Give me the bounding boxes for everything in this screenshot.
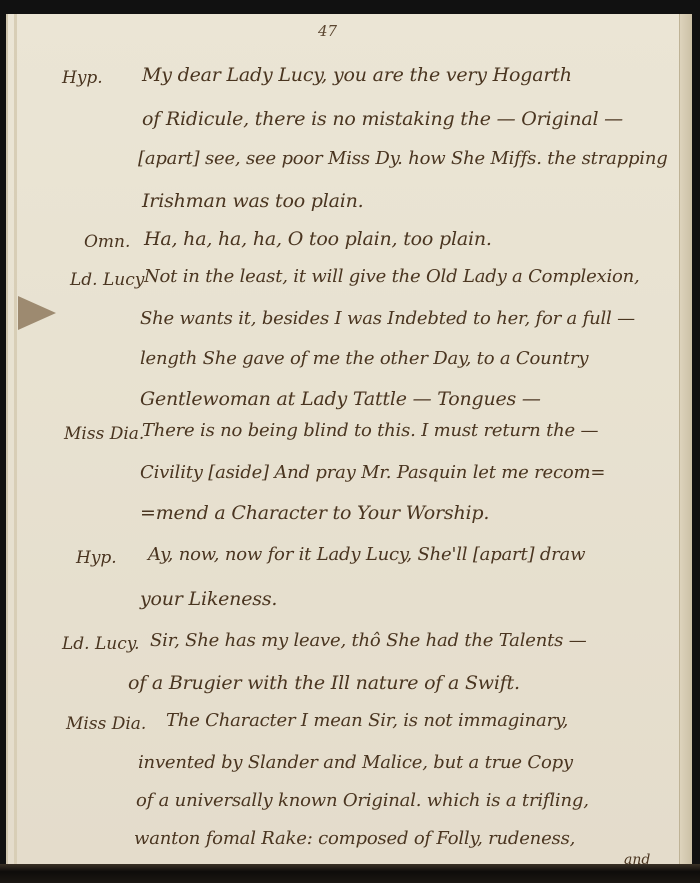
text-line: length She gave of me the other Day, to … bbox=[140, 348, 588, 369]
speaker-label: Ld. Lucy bbox=[70, 270, 144, 290]
speaker-label: Hyp. bbox=[76, 548, 117, 568]
text-line: of a Brugier with the Ill nature of a Sw… bbox=[128, 672, 520, 694]
text-line: of Ridicule, there is no mistaking the —… bbox=[142, 108, 623, 130]
text-line: wanton fomal Rake: composed of Folly, ru… bbox=[134, 828, 575, 849]
text-line: The Character I mean Sir, is not immagin… bbox=[166, 710, 568, 731]
catchword: and bbox=[624, 852, 650, 868]
text-line: Civility [aside] And pray Mr. Pasquin le… bbox=[140, 462, 605, 483]
text-line: Irishman was too plain. bbox=[142, 190, 364, 212]
folio-number: 47 bbox=[318, 22, 337, 40]
text-line: invented by Slander and Malice, but a tr… bbox=[138, 752, 573, 773]
ink-stain bbox=[18, 296, 56, 330]
text-line: She wants it, besides I was Indebted to … bbox=[140, 308, 635, 329]
speaker-label: Ld. Lucy. bbox=[62, 634, 140, 654]
speaker-label: Hyp. bbox=[62, 68, 103, 88]
page-bottom-edge bbox=[0, 864, 700, 883]
text-line: Ay, now, now for it Lady Lucy, She'll [a… bbox=[148, 544, 585, 565]
text-line: Not in the least, it will give the Old L… bbox=[144, 266, 640, 287]
text-line: =mend a Character to Your Worship. bbox=[140, 502, 489, 524]
text-line: your Likeness. bbox=[140, 588, 277, 610]
text-line: Gentlewoman at Lady Tattle — Tongues — bbox=[140, 388, 541, 410]
speaker-label: Miss Dia. bbox=[64, 424, 144, 444]
text-line: [apart] see, see poor Miss Dy. how She M… bbox=[138, 148, 668, 169]
text-line: of a universally known Original. which i… bbox=[136, 790, 589, 811]
text-line: There is no being blind to this. I must … bbox=[142, 420, 598, 441]
page-margin-rule bbox=[14, 14, 17, 864]
speaker-label: Miss Dia. bbox=[66, 714, 146, 734]
binding-gutter bbox=[679, 14, 692, 864]
text-line: Ha, ha, ha, ha, O too plain, too plain. bbox=[144, 228, 492, 250]
text-line: Sir, She has my leave, thô She had the … bbox=[150, 630, 587, 651]
text-line: My dear Lady Lucy, you are the very Hoga… bbox=[142, 64, 572, 86]
speaker-label: Omn. bbox=[84, 232, 130, 252]
